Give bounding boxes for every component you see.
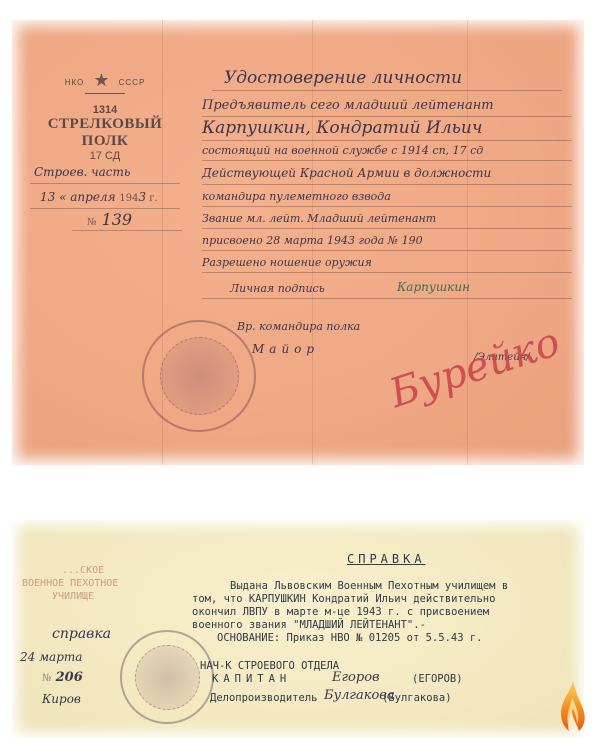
handwritten-word: справка	[52, 626, 111, 642]
unit-number: 1314	[30, 104, 180, 116]
certificate-title: Удостоверение личности	[224, 68, 462, 88]
red-signature: Бурейко	[384, 319, 565, 417]
reference-title: СПРАВКА	[347, 552, 426, 566]
division-label: 17 СД	[30, 150, 180, 162]
reference-date: 24 марта	[20, 650, 82, 664]
school-stamp-line: ...СКОЕ	[62, 565, 104, 576]
signer-egorov: (ЕГОРОВ)	[412, 673, 463, 685]
round-stamp	[120, 630, 214, 724]
clerk-label: Делопроизводитель	[210, 692, 317, 704]
body-line: окончил ЛВПУ в марте м-це 1943 г. с прис…	[192, 606, 489, 618]
department-line: НАЧ-К СТРОЕВОГО ОТДЕЛА	[200, 660, 339, 672]
nko-label: НКО	[65, 78, 85, 87]
unit-name: СТРЕЛКОВЫЙ ПОЛК	[30, 116, 180, 150]
holder-name: Карпушкин, Кондратий Ильич	[202, 118, 482, 138]
school-stamp-line: УЧИЛИЩЕ	[52, 591, 94, 602]
body-line: Разрешено ношение оружия	[202, 256, 372, 269]
document-number: № 139	[87, 210, 132, 229]
commander-title: Вр. командира полка	[237, 320, 360, 333]
body-line: Предъявитель сего младший лейтенант	[202, 98, 494, 113]
date-month: апреля	[70, 190, 115, 204]
personal-signature: Карпушкин	[397, 280, 470, 294]
unit-header-stamp: НКО ★ СССР 1314 СТРЕЛКОВЫЙ ПОЛК 17 СД	[30, 70, 180, 162]
body-line: присвоено 28 марта 1943 года № 190	[202, 234, 423, 247]
identity-certificate-document: НКО ★ СССР 1314 СТРЕЛКОВЫЙ ПОЛК 17 СД Ст…	[12, 20, 584, 465]
school-stamp-line: ВОЕННОЕ ПЕХОТНОЕ	[22, 578, 118, 589]
stamp-emblem	[135, 645, 200, 710]
reference-document: ...СКОЕ ВОЕННОЕ ПЕХОТНОЕ УЧИЛИЩЕ справка…	[12, 520, 584, 738]
place-handwritten: Строев. часть	[34, 165, 130, 179]
ussr-label: СССР	[119, 78, 146, 87]
body-line: том, что КАРПУШКИН Кондратий Ильич дейст…	[192, 593, 495, 605]
signature-egorov: Егоров	[332, 670, 380, 685]
body-line: Действующей Красной Армии в должности	[202, 166, 491, 180]
date-year-prefix: 194	[119, 193, 138, 204]
date-year-suffix: 3	[138, 190, 146, 204]
reference-number: № 206	[42, 670, 83, 685]
signer-rank: КАПИТАН	[212, 673, 291, 685]
signer-bulgakova: (Булгакова)	[382, 692, 452, 704]
body-line: Звание мл. лейт. Младший лейтенант	[202, 212, 436, 225]
round-stamp	[142, 320, 256, 432]
fold-line	[467, 20, 468, 465]
personal-signature-label: Личная подпись	[230, 282, 325, 295]
stamp-emblem	[160, 337, 239, 415]
reference-city: Киров	[42, 692, 81, 706]
flame-icon	[557, 678, 587, 733]
star-icon: ★	[93, 70, 109, 91]
basis-line: ОСНОВАНИЕ: Приказ НВО № 01205 от 5.5.43 …	[217, 632, 483, 644]
commander-rank: Майор	[252, 342, 319, 356]
date-day: 13	[40, 190, 55, 204]
body-line: военного звания "МЛАДШИЙ ЛЕЙТЕНАНТ".-	[192, 619, 426, 631]
date-line: 13 « апреля 1943 г.	[40, 190, 158, 204]
body-line: Выдана Львовским Военным Пехотным училищ…	[230, 580, 508, 592]
body-line: командира пулеметного взвода	[202, 190, 391, 203]
body-line: состоящий на военной службе с 1914 сп, 1…	[202, 144, 483, 157]
